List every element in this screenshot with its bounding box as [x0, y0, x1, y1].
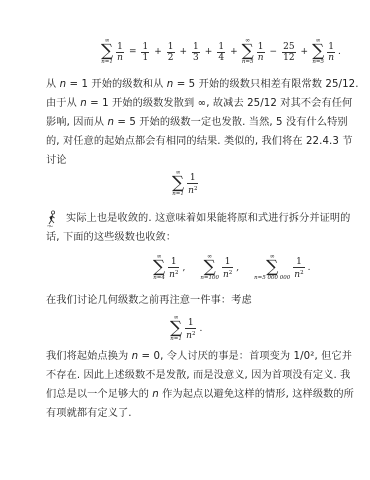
text-line: 们总是以一个足够大的 n 作为起点以避免这样的情形, 这样级数的所	[46, 385, 326, 404]
paragraph-2: 实际上也是收敛的. 这意味着如果能将原和式进行拆分并证明的 话, 下面的这些级数…	[46, 209, 326, 247]
summation: ∞∑n=1	[101, 38, 113, 66]
text-line: 的, 对任意的起始点都会有相同的结果. 类似的, 我们将在 22.4.3 节	[46, 132, 326, 151]
text-line: 影响, 因而从 n = 5 开始的级数一定也发散. 当然, 5 没有什么特别	[46, 113, 326, 132]
text-line: 从 n = 1 开始的级数和从 n = 5 开始的级数只相差有限常数 25/12…	[46, 75, 326, 94]
math-variable: n	[107, 117, 114, 128]
text-line: 实际上也是收敛的. 这意味着如果能将原和式进行拆分并证明的	[46, 209, 326, 228]
math-variable: n	[167, 79, 174, 90]
text-line: 不存在. 因此上述级数不是发散, 而是没意义, 因为首项没有定义. 我	[46, 366, 326, 385]
formula-sum-inverse-squares: ∞∑n=1 1n2	[171, 170, 200, 198]
paragraph-3: 在我们讨论几何级数之前再注意一件事：考虑	[46, 291, 326, 310]
math-variable: n	[80, 98, 87, 109]
paragraph-4: 我们将起始点换为 n = 0, 令人讨厌的事是：首项变为 1/0², 但它并 不…	[46, 347, 326, 423]
paragraph-1: 从 n = 1 开始的级数和从 n = 5 开始的级数只相差有限常数 25/12…	[46, 75, 326, 170]
text-line: 在我们讨论几何级数之前再注意一件事：考虑	[46, 291, 326, 310]
math-variable: n	[60, 79, 67, 90]
formula-convergent-examples: ∞∑n=4 1n2 , ∞∑n=100 1n2 , ∞∑n=5 000 000 …	[152, 254, 310, 282]
formula-harmonic-split: ∞∑n=1 1n = 11 + 12 + 13 + 14 + ∞∑n=5 1n …	[100, 38, 341, 66]
document-page: ∞∑n=1 1n = 11 + 12 + 13 + 14 + ∞∑n=5 1n …	[0, 0, 370, 480]
formula-sum-inverse-squares-2: ∞∑n=1 1n2 .	[169, 315, 202, 343]
fraction: 1n	[116, 42, 124, 63]
text-line: 讨论	[46, 151, 326, 170]
text-line: 我们将起始点换为 n = 0, 令人讨厌的事是：首项变为 1/0², 但它并	[46, 347, 326, 366]
text-line: 有项就都有定义了.	[46, 404, 326, 423]
text-line: 话, 下面的这些级数也收敛：	[46, 228, 326, 247]
math-variable: n	[152, 389, 159, 400]
text-line: 由于从 n = 1 开始的级数发散到 ∞, 故减去 25/12 对其不会有任何	[46, 94, 326, 113]
math-variable: n	[132, 351, 139, 362]
